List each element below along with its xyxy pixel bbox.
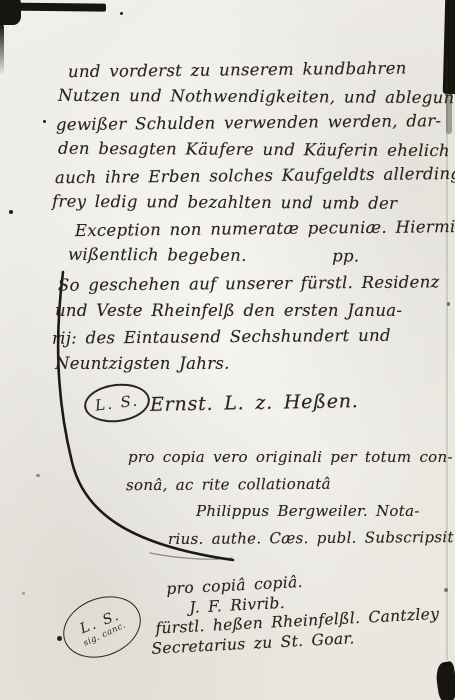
ink-speck [9, 210, 13, 214]
scan-edge-left-tail [0, 24, 4, 76]
manuscript-line: Exception non numeratæ pecuniæ. Hiermit [75, 214, 455, 245]
princely-seal-ls-icon: L. S. [82, 380, 152, 426]
scan-edge-top-left-corner [0, 0, 21, 25]
manuscript-line: rij: des Eintausend Sechshundert und [52, 322, 440, 352]
manuscript-line: Nutzen und Nothwendigkeiten, und ablegun… [58, 82, 455, 111]
notary-signature-line: Philippus Bergweiler. Nota- [196, 498, 455, 525]
princely-signature: Ernst. L. z. Heßen. [150, 390, 359, 416]
ink-speck [444, 588, 448, 592]
manuscript-line: sonâ, ac rite collationatâ [126, 470, 455, 499]
manuscript-line: So geschehen auf unserer fürstl. Residen… [58, 269, 440, 299]
manuscript-line: den besagten Käufere und Käuferin ehelic… [58, 135, 455, 164]
manuscript-line: und Veste Rheinfelß den ersten Janua- [55, 298, 440, 325]
ink-speck [447, 302, 450, 306]
chancery-seal-ls-icon: L. S. sig. canc. [54, 586, 149, 669]
manuscript-line: auch ihre Erben solches Kaufgeldts aller… [55, 161, 455, 192]
scan-edge-bottom-right-blob [434, 661, 455, 700]
manuscript-line: frey ledig und bezahlten und umb der [52, 188, 455, 217]
ink-speck [43, 120, 46, 123]
notary-signature-line: rius. authe. Cæs. publ. Subscripsit. [168, 524, 455, 553]
ink-speck [22, 592, 25, 595]
manuscript-line: wißentlich begeben. pp. [68, 241, 455, 270]
dating-clause: So geschehen auf unserer fürstl. Residen… [52, 271, 440, 377]
manuscript-line: und vorderst zu unserem kundbahren [68, 55, 455, 86]
notary-certification: pro copia vero originali per totum con- … [126, 444, 455, 552]
ink-speck [36, 474, 40, 477]
manuscript-line: Neuntzigsten Jahrs. [55, 351, 440, 378]
copy-certification: pro copiâ copiâ. J. F. Rivrib. fürstl. h… [146, 566, 441, 659]
manuscript-line: pro copia vero originali per totum con- [128, 444, 455, 471]
manuscript-line: gewißer Schulden verwenden werden, dar- [56, 108, 455, 139]
ink-speck [57, 636, 62, 641]
ink-speck [120, 12, 123, 15]
main-paragraph: und vorderst zu unserem kundbahren Nutze… [52, 57, 455, 269]
seal-label: L. S. [94, 391, 140, 414]
manuscript-page: und vorderst zu unserem kundbahren Nutze… [0, 0, 455, 700]
